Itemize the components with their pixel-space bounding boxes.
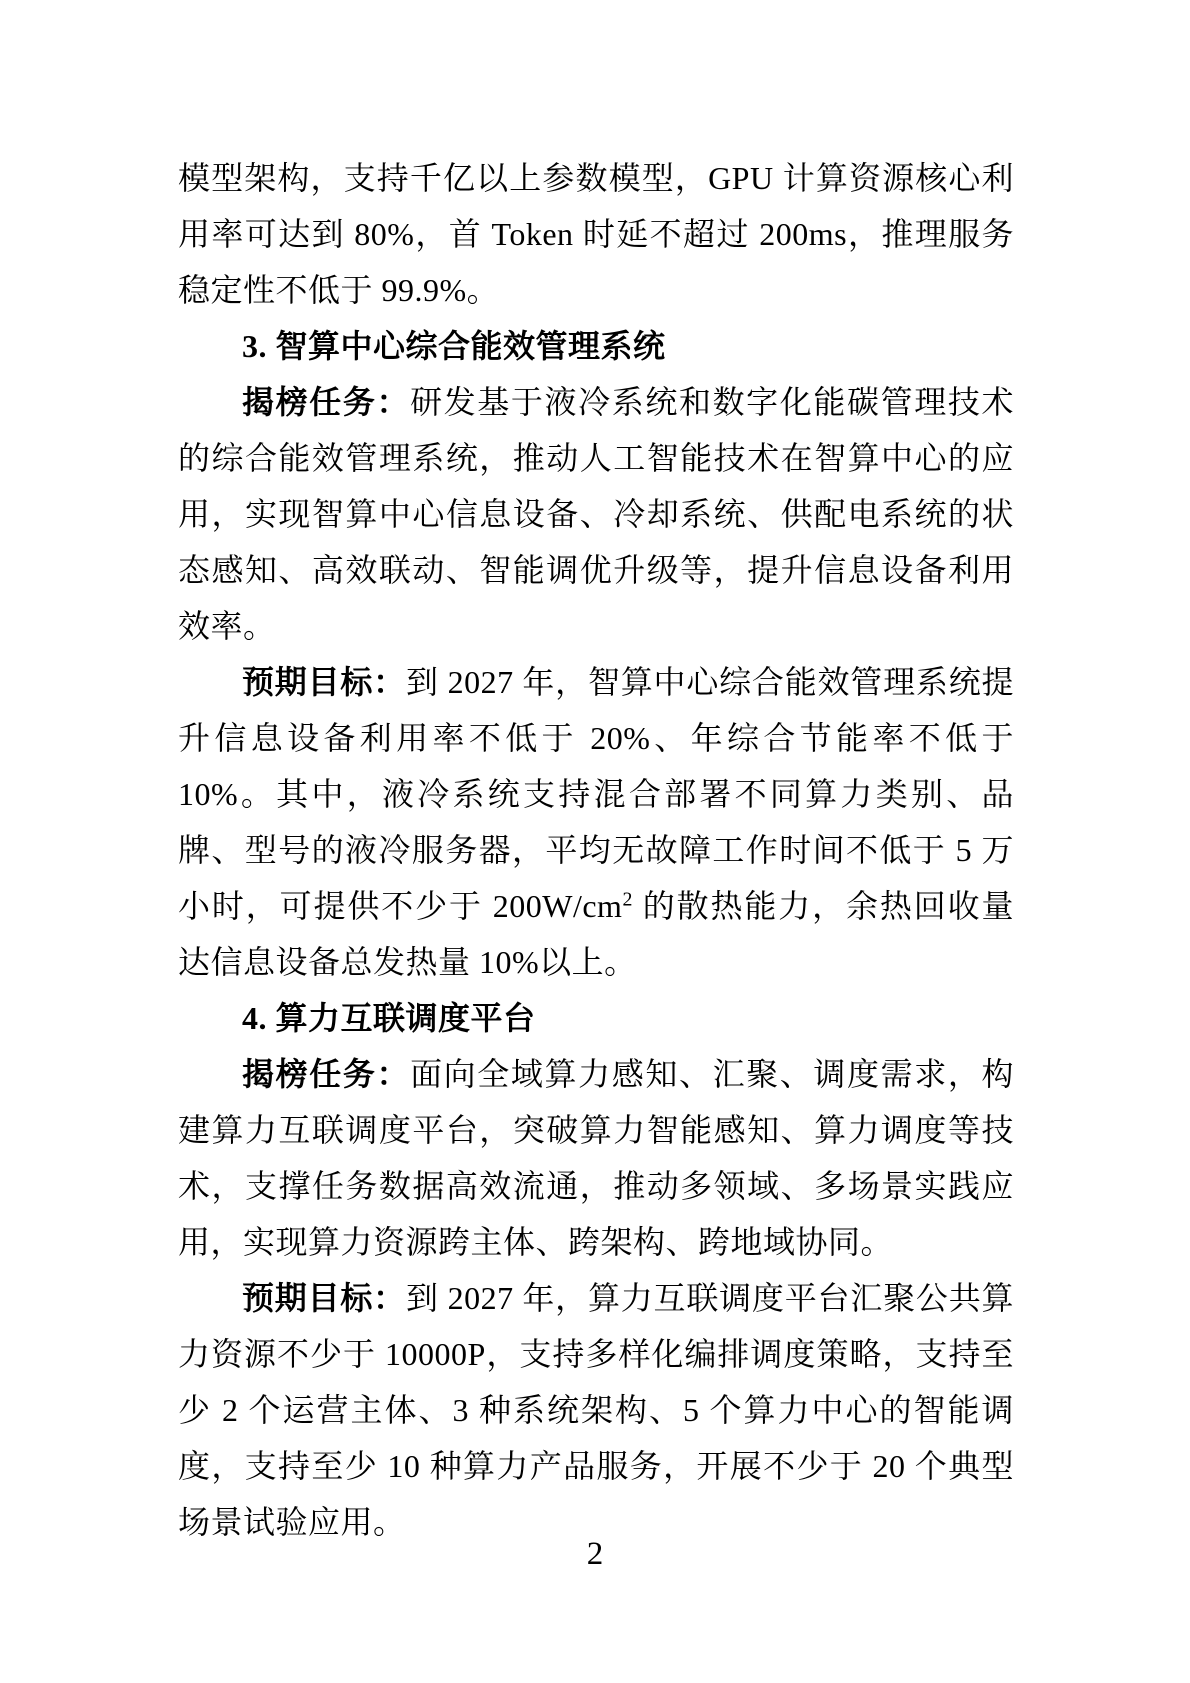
section-3-goal-paragraph: 预期目标：到 2027 年，智算中心综合能效管理系统提升信息设备利用率不低于 2… <box>178 654 1014 990</box>
section-3-task-paragraph: 揭榜任务：研发基于液冷系统和数字化能碳管理技术的综合能效管理系统，推动人工智能技… <box>178 374 1014 654</box>
section-4-goal-paragraph: 预期目标：到 2027 年，算力互联调度平台汇聚公共算力资源不少于 10000P… <box>178 1270 1014 1550</box>
superscript-2: 2 <box>622 888 632 910</box>
section-4-task-label: 揭榜任务： <box>242 1056 410 1092</box>
section-3-goal-text-before-sup: 到 2027 年，智算中心综合能效管理系统提升信息设备利用率不低于 20%、年综… <box>178 664 1014 924</box>
page-number: 2 <box>0 1534 1190 1574</box>
section-4-heading: 4. 算力互联调度平台 <box>178 990 1014 1046</box>
section-3-task-text: 研发基于液冷系统和数字化能碳管理技术的综合能效管理系统，推动人工智能技术在智算中… <box>178 384 1014 644</box>
section-3-goal-label: 预期目标： <box>242 664 406 700</box>
section-3-task-label: 揭榜任务： <box>242 384 410 420</box>
section-3-heading: 3. 智算中心综合能效管理系统 <box>178 318 1014 374</box>
section-4-goal-text: 到 2027 年，算力互联调度平台汇聚公共算力资源不少于 10000P，支持多样… <box>178 1280 1014 1540</box>
section-4-goal-label: 预期目标： <box>242 1280 406 1316</box>
section-4-task-paragraph: 揭榜任务：面向全域算力感知、汇聚、调度需求，构建算力互联调度平台，突破算力智能感… <box>178 1046 1014 1270</box>
intro-continuation-paragraph: 模型架构，支持千亿以上参数模型，GPU 计算资源核心利用率可达到 80%，首 T… <box>178 150 1014 318</box>
document-page-body: 模型架构，支持千亿以上参数模型，GPU 计算资源核心利用率可达到 80%，首 T… <box>178 150 1014 1550</box>
